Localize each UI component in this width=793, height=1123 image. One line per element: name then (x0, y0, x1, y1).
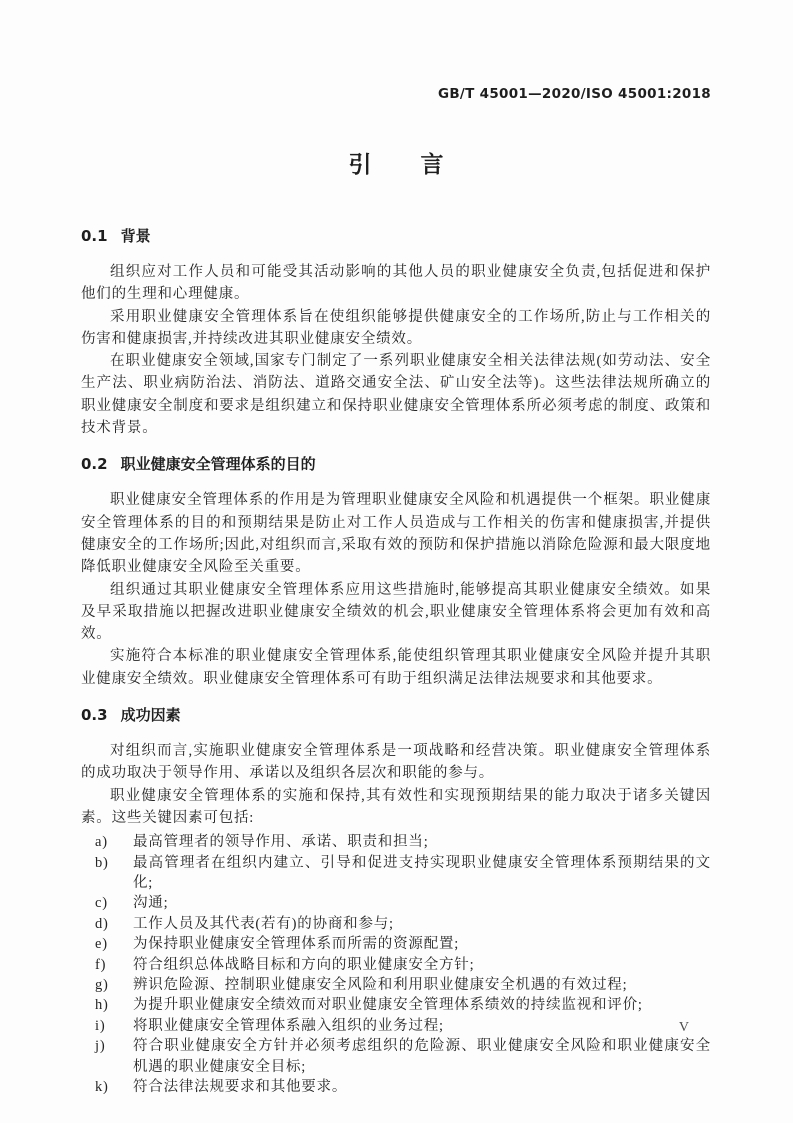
document-content: 0.1 背景 组织应对工作人员和可能受其活动影响的其他人员的职业健康安全负责,包… (81, 226, 711, 1098)
list-item: e) 为保持职业健康安全管理体系而所需的资源配置; (95, 934, 711, 954)
item-marker: d) (95, 914, 133, 934)
item-text: 将职业健康安全管理体系融入组织的业务过程; (133, 1016, 711, 1036)
paragraph: 对组织而言,实施职业健康安全管理体系是一项战略和经营决策。职业健康安全管理体系的… (81, 740, 711, 785)
list-item: a) 最高管理者的领导作用、承诺、职责和担当; (95, 832, 711, 852)
list-item: j) 符合职业健康安全方针并必须考虑组织的危险源、职业健康安全风险和职业健康安全… (95, 1036, 711, 1077)
item-text: 符合法律法规要求和其他要求。 (133, 1077, 711, 1097)
paragraph: 职业健康安全管理体系的实施和保持,其有效性和实现预期结果的能力取决于诸多关键因素… (81, 785, 711, 830)
section-title: 成功因素 (121, 705, 181, 725)
item-marker: e) (95, 934, 133, 954)
key-factors-list: a) 最高管理者的领导作用、承诺、职责和担当; b) 最高管理者在组织内建立、引… (81, 832, 711, 1097)
section-number: 0.3 (81, 705, 108, 725)
standard-number: GB/T 45001—2020/ISO 45001:2018 (438, 86, 711, 102)
item-marker: g) (95, 975, 133, 995)
section-success-factors: 0.3 成功因素 对组织而言,实施职业健康安全管理体系是一项战略和经营决策。职业… (81, 705, 711, 1097)
item-text: 辨识危险源、控制职业健康安全风险和利用职业健康安全机遇的有效过程; (133, 975, 711, 995)
document-page: GB/T 45001—2020/ISO 45001:2018 引 言 0.1 背… (0, 0, 793, 1123)
item-text: 符合职业健康安全方针并必须考虑组织的危险源、职业健康安全风险和职业健康安全机遇的… (133, 1036, 711, 1077)
item-marker: j) (95, 1036, 133, 1077)
section-title: 背景 (121, 226, 151, 246)
item-marker: a) (95, 832, 133, 852)
list-item: f) 符合组织总体战略目标和方向的职业健康安全方针; (95, 955, 711, 975)
paragraph: 组织通过其职业健康安全管理体系应用这些措施时,能够提高其职业健康安全绩效。如果及… (81, 579, 711, 646)
paragraph: 在职业健康安全领域,国家专门制定了一系列职业健康安全相关法律法规(如劳动法、安全… (81, 350, 711, 439)
item-text: 最高管理者在组织内建立、引导和促进支持实现职业健康安全管理体系预期结果的文化; (133, 853, 711, 894)
section-heading: 0.2 职业健康安全管理体系的目的 (81, 454, 711, 474)
item-text: 为提升职业健康安全绩效而对职业健康安全管理体系绩效的持续监视和评价; (133, 995, 711, 1015)
item-marker: k) (95, 1077, 133, 1097)
item-marker: i) (95, 1016, 133, 1036)
list-item: h) 为提升职业健康安全绩效而对职业健康安全管理体系绩效的持续监视和评价; (95, 995, 711, 1015)
list-item: d) 工作人员及其代表(若有)的协商和参与; (95, 914, 711, 934)
paragraph: 实施符合本标准的职业健康安全管理体系,能使组织管理其职业健康安全风险并提升其职业… (81, 645, 711, 690)
section-number: 0.2 (81, 454, 108, 474)
item-text: 为保持职业健康安全管理体系而所需的资源配置; (133, 934, 711, 954)
section-background: 0.1 背景 组织应对工作人员和可能受其活动影响的其他人员的职业健康安全负责,包… (81, 226, 711, 439)
item-marker: c) (95, 893, 133, 913)
item-marker: f) (95, 955, 133, 975)
section-purpose: 0.2 职业健康安全管理体系的目的 职业健康安全管理体系的作用是为管理职业健康安… (81, 454, 711, 690)
item-marker: h) (95, 995, 133, 1015)
list-item: i) 将职业健康安全管理体系融入组织的业务过程; (95, 1016, 711, 1036)
item-text: 最高管理者的领导作用、承诺、职责和担当; (133, 832, 711, 852)
page-number: V (679, 1020, 689, 1036)
item-marker: b) (95, 853, 133, 894)
section-heading: 0.1 背景 (81, 226, 711, 246)
list-item: b) 最高管理者在组织内建立、引导和促进支持实现职业健康安全管理体系预期结果的文… (95, 853, 711, 894)
paragraph: 采用职业健康安全管理体系旨在使组织能够提供健康安全的工作场所,防止与工作相关的伤… (81, 306, 711, 351)
section-number: 0.1 (81, 226, 108, 246)
paragraph: 职业健康安全管理体系的作用是为管理职业健康安全风险和机遇提供一个框架。职业健康安… (81, 489, 711, 578)
item-text: 沟通; (133, 893, 711, 913)
list-item: c) 沟通; (95, 893, 711, 913)
list-item: k) 符合法律法规要求和其他要求。 (95, 1077, 711, 1097)
item-text: 符合组织总体战略目标和方向的职业健康安全方针; (133, 955, 711, 975)
list-item: g) 辨识危险源、控制职业健康安全风险和利用职业健康安全机遇的有效过程; (95, 975, 711, 995)
section-heading: 0.3 成功因素 (81, 705, 711, 725)
paragraph: 组织应对工作人员和可能受其活动影响的其他人员的职业健康安全负责,包括促进和保护他… (81, 261, 711, 306)
page-title: 引 言 (0, 146, 793, 179)
section-title: 职业健康安全管理体系的目的 (121, 454, 316, 474)
item-text: 工作人员及其代表(若有)的协商和参与; (133, 914, 711, 934)
